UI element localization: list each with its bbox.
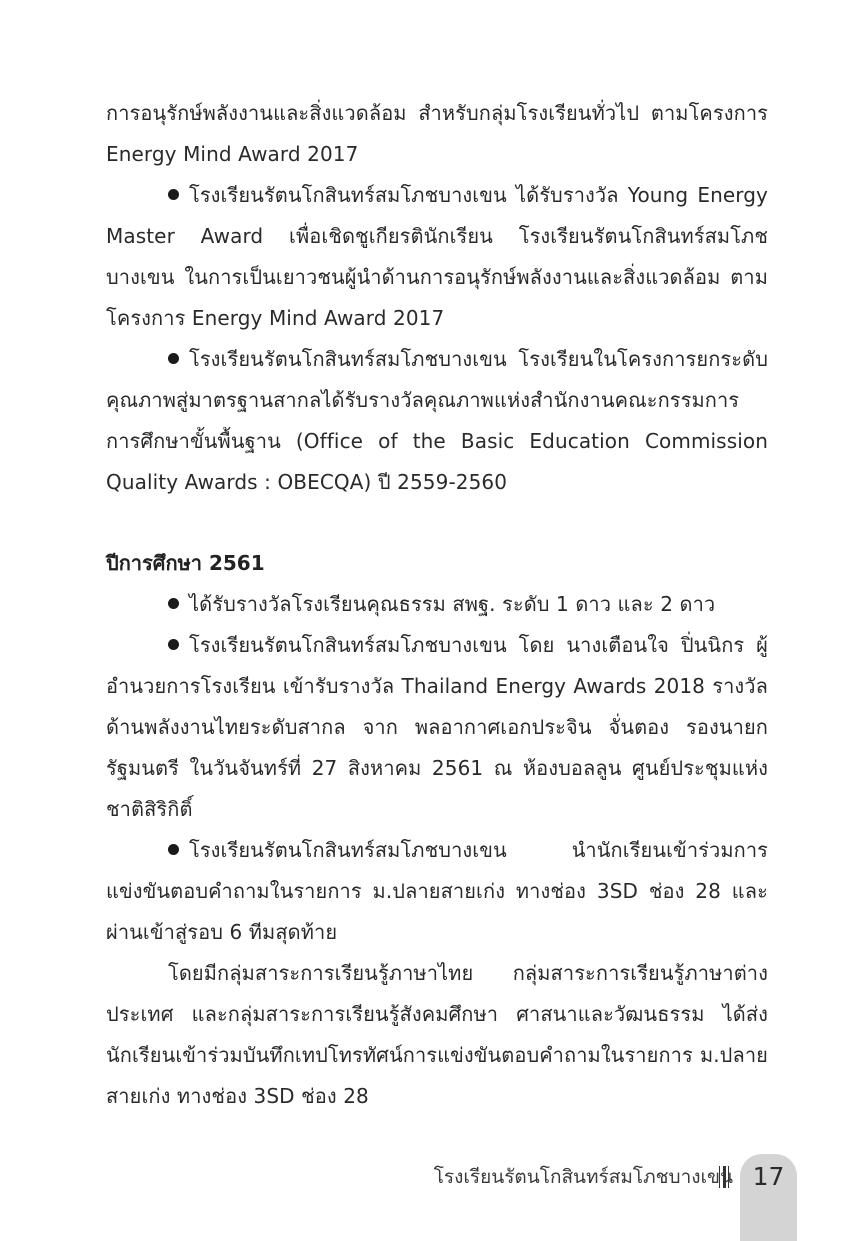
page-number-tab: 17 xyxy=(740,1154,797,1241)
paragraph-learning-groups: โดยมีกลุ่มสาระการเรียนรู้ภาษาไทย กลุ่มสา… xyxy=(106,953,768,1117)
bullet-icon xyxy=(168,639,179,650)
paragraph-continuation: การอนุรักษ์พลังงานและสิ่งแวดล้อม สำหรับก… xyxy=(106,93,768,175)
bullet-text: โรงเรียนรัตนโกสินทร์สมโภชบางเขน นำนักเรี… xyxy=(106,838,768,944)
triple-bar-separator-icon xyxy=(719,1166,731,1188)
page-number: 17 xyxy=(740,1160,797,1194)
bullet-item-obecqa: โรงเรียนรัตนโกสินทร์สมโภชบางเขน โรงเรียน… xyxy=(106,339,768,503)
page-footer: โรงเรียนรัตนโกสินทร์สมโภชบางเขน 17 xyxy=(0,1154,857,1241)
bullet-text: โรงเรียนรัตนโกสินทร์สมโภชบางเขน โรงเรียน… xyxy=(106,347,768,494)
bullet-text: โรงเรียนรัตนโกสินทร์สมโภชบางเขน โดย นางเ… xyxy=(106,633,768,821)
bullet-item-young-energy-master: โรงเรียนรัตนโกสินทร์สมโภชบางเขน ได้รับรา… xyxy=(106,175,768,339)
bullet-icon xyxy=(168,598,179,609)
bullet-icon xyxy=(168,189,179,200)
bullet-text: โรงเรียนรัตนโกสินทร์สมโภชบางเขน ได้รับรา… xyxy=(106,183,768,330)
bullet-item-thailand-energy-awards: โรงเรียนรัตนโกสินทร์สมโภชบางเขน โดย นางเ… xyxy=(106,625,768,830)
bullet-text: ได้รับรางวัลโรงเรียนคุณธรรม สพฐ. ระดับ 1… xyxy=(189,592,715,616)
footer-school-name: โรงเรียนรัตนโกสินทร์สมโภชบางเขน xyxy=(434,1160,733,1194)
section-heading-academic-year: ปีการศึกษา 2561 xyxy=(106,543,768,584)
bullet-item-quiz-competition: โรงเรียนรัตนโกสินทร์สมโภชบางเขน นำนักเรี… xyxy=(106,830,768,953)
bullet-item-moral-school: ได้รับรางวัลโรงเรียนคุณธรรม สพฐ. ระดับ 1… xyxy=(106,584,768,625)
bullet-icon xyxy=(168,353,179,364)
page-body: การอนุรักษ์พลังงานและสิ่งแวดล้อม สำหรับก… xyxy=(106,93,768,1117)
bullet-icon xyxy=(168,844,179,855)
